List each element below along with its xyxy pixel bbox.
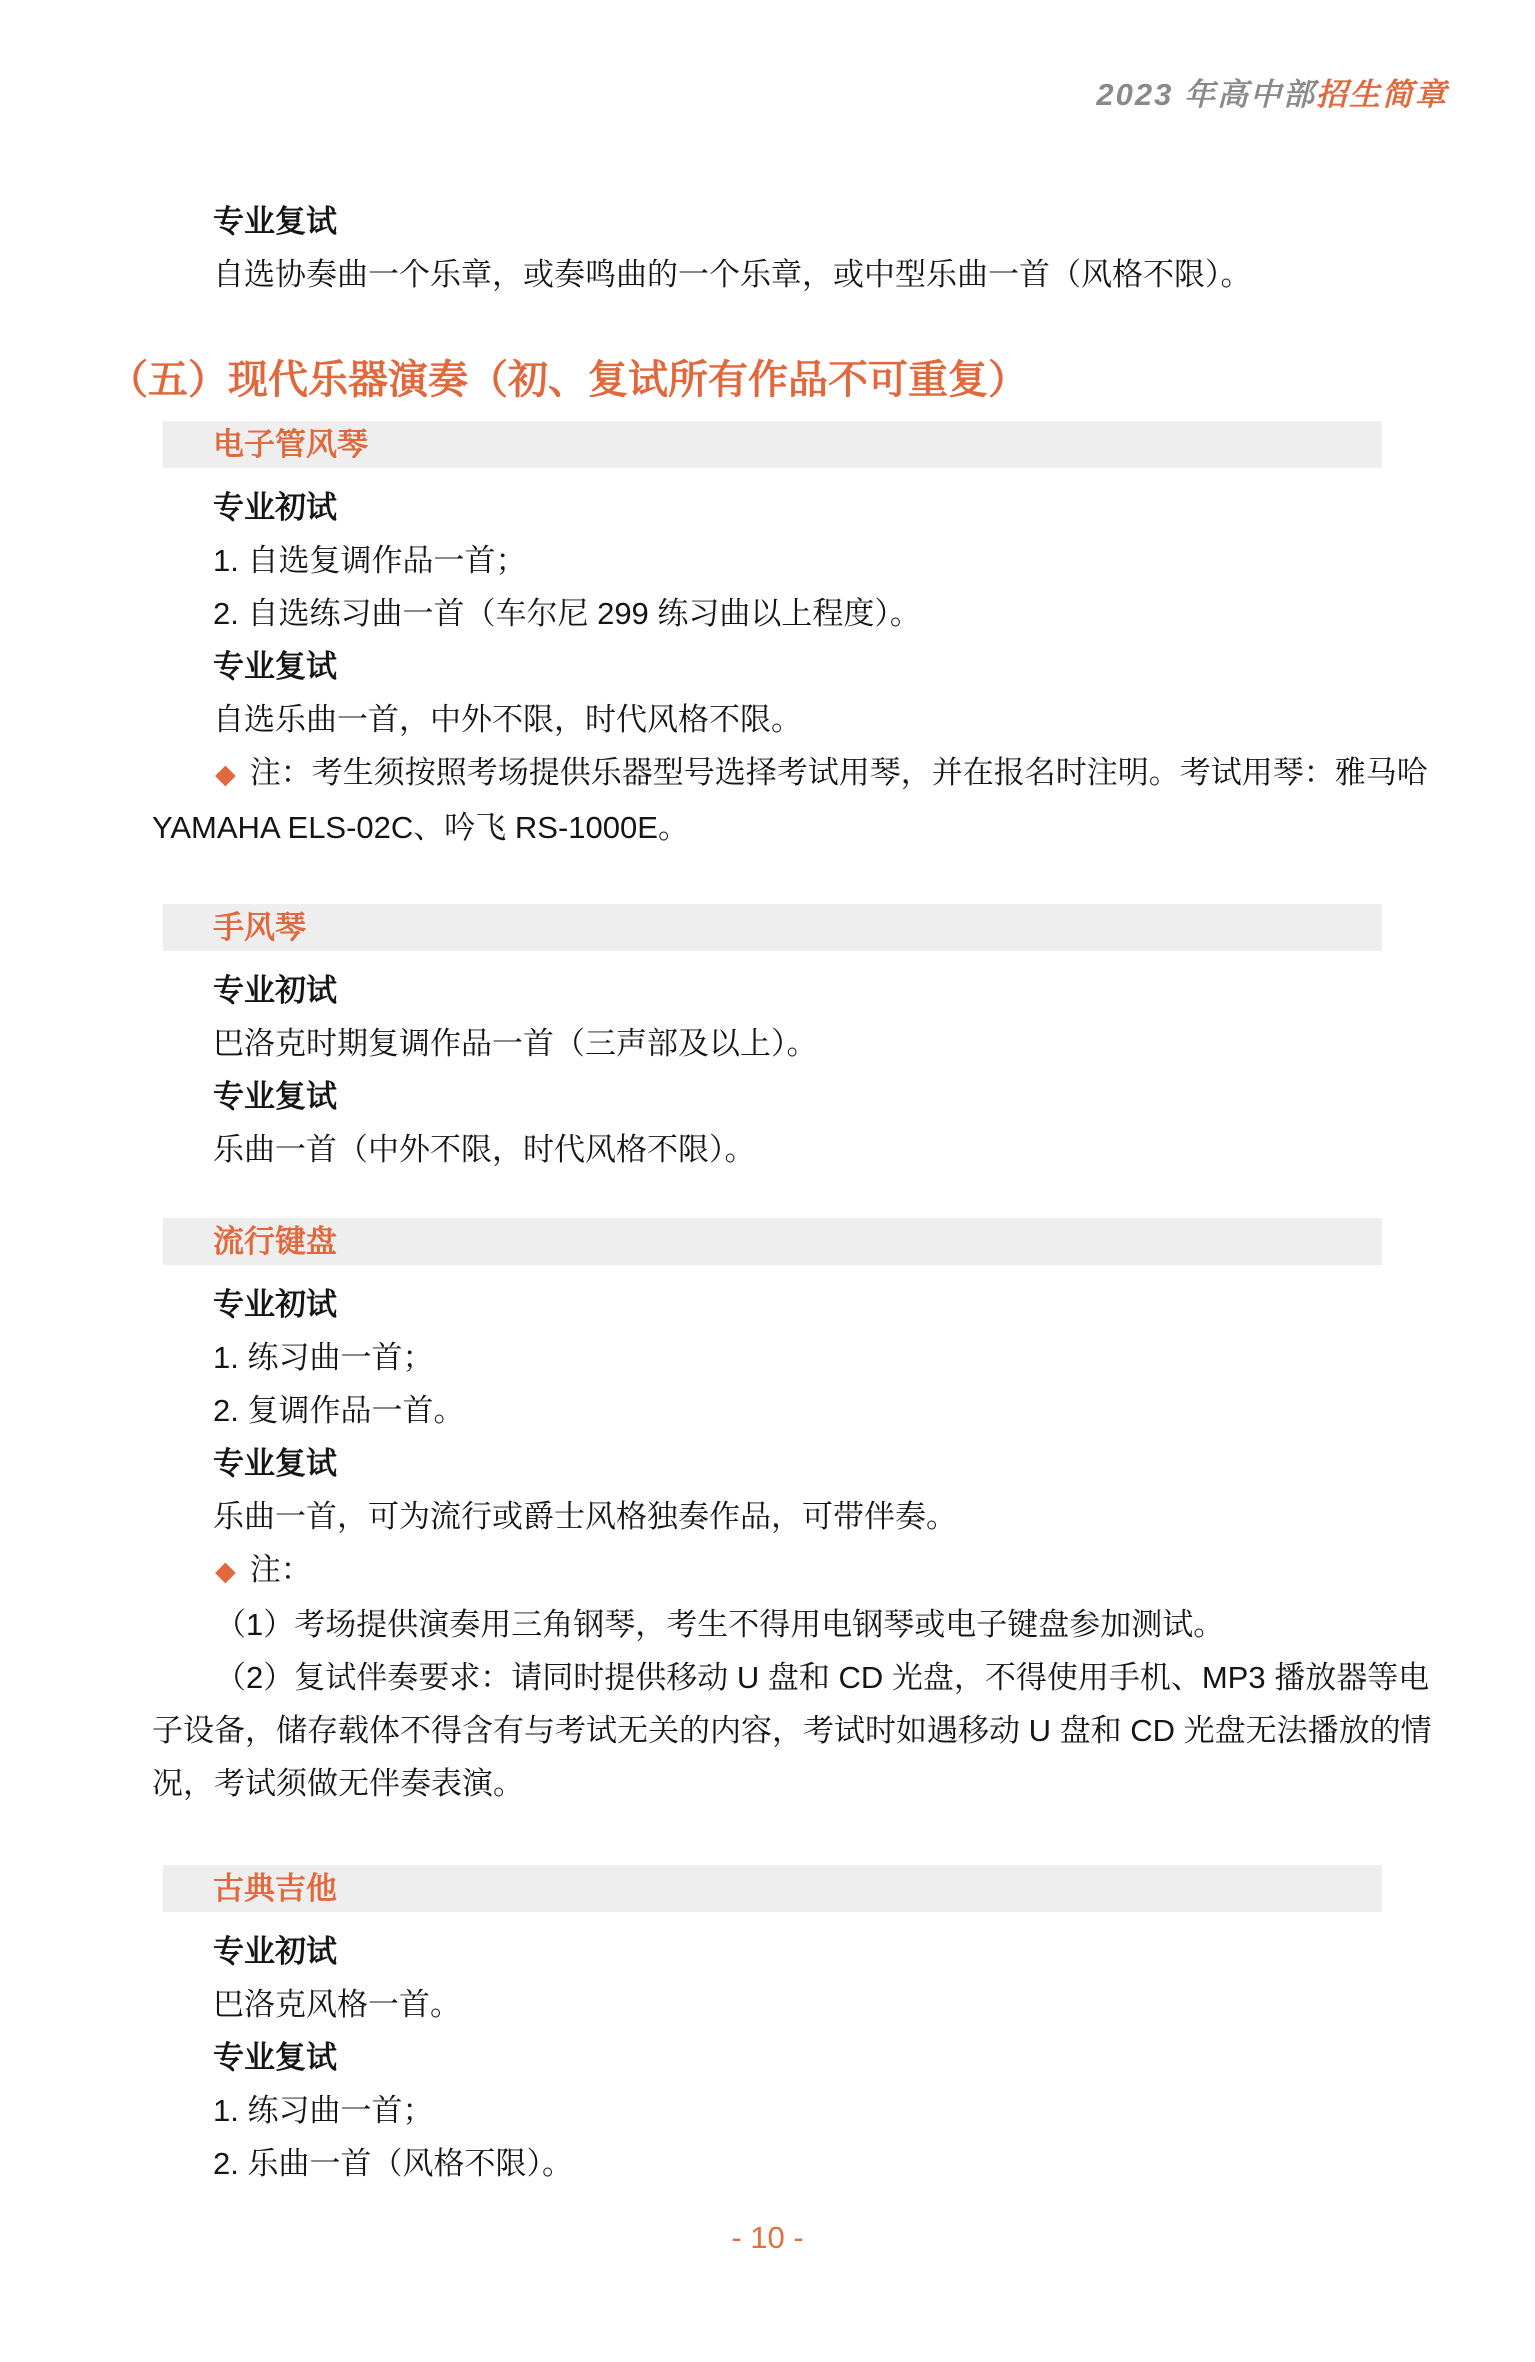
instrument-section-electronic-organ: 专业初试 1. 自选复调作品一首； 2. 自选练习曲一首（车尔尼 299 练习曲… [108, 468, 1438, 854]
requirement-line: 巴洛克风格一首。 [213, 1978, 1438, 2031]
instrument-band-electronic-organ: 电子管风琴 [163, 421, 1382, 468]
sub-heading: 专业初试 [213, 964, 1438, 1017]
sub-heading-retest: 专业复试 [213, 195, 1438, 248]
brochure-title-accent: 招生简章 [1316, 77, 1448, 112]
requirement-line: 乐曲一首（中外不限，时代风格不限）。 [213, 1123, 1438, 1176]
diamond-bullet-icon: ◆ [215, 759, 236, 789]
instrument-section-pop-keyboard: 专业初试 1. 练习曲一首； 2. 复调作品一首。 专业复试 乐曲一首，可为流行… [108, 1265, 1438, 1810]
sub-heading: 专业初试 [213, 1925, 1438, 1978]
sub-heading: 专业复试 [213, 640, 1438, 693]
requirement-line: 1. 自选复调作品一首； [213, 534, 1438, 587]
note-paragraph: ◆注：考生须按照考场提供乐器型号选择考试用琴，并在报名时注明。考试用琴：雅马哈 … [152, 746, 1438, 854]
sub-heading: 专业复试 [213, 1070, 1438, 1123]
note-text: 注：考生须按照考场提供乐器型号选择考试用琴，并在报名时注明。考试用琴：雅马哈 Y… [152, 755, 1428, 845]
requirement-line: 自选协奏曲一个乐章，或奏鸣曲的一个乐章，或中型乐曲一首（风格不限）。 [213, 248, 1438, 301]
requirement-line: 1. 练习曲一首； [213, 1331, 1438, 1384]
note-paragraph: （2）复试伴奏要求：请同时提供移动 U 盘和 CD 光盘，不得使用手机、MP3 … [152, 1651, 1438, 1810]
brochure-title-gray: 2023 年高中部 [1096, 77, 1316, 112]
requirement-line: 自选乐曲一首，中外不限，时代风格不限。 [213, 693, 1438, 746]
requirement-line: 1. 练习曲一首； [213, 2084, 1438, 2137]
instrument-band-classical-guitar: 古典吉他 [163, 1865, 1382, 1912]
instrument-section-accordion: 专业初试 巴洛克时期复调作品一首（三声部及以上）。 专业复试 乐曲一首（中外不限… [108, 951, 1438, 1176]
note-paragraph: ◆注： [152, 1543, 1438, 1598]
page-number: - 10 - [0, 2218, 1535, 2258]
note-text: 注： [250, 1552, 312, 1587]
sub-heading: 专业初试 [213, 1278, 1438, 1331]
sub-heading: 专业复试 [213, 2031, 1438, 2084]
note-paragraph: （1）考场提供演奏用三角钢琴，考生不得用电钢琴或电子键盘参加测试。 [152, 1598, 1438, 1651]
instrument-band-pop-keyboard: 流行键盘 [163, 1218, 1382, 1265]
requirement-line: 2. 复调作品一首。 [213, 1384, 1438, 1437]
sub-heading: 专业复试 [213, 1437, 1438, 1490]
diamond-bullet-icon: ◆ [215, 1556, 236, 1586]
requirement-line: 2. 乐曲一首（风格不限）。 [213, 2137, 1438, 2190]
sub-heading: 专业初试 [213, 481, 1438, 534]
requirement-line: 乐曲一首，可为流行或爵士风格独奏作品，可带伴奏。 [213, 1490, 1438, 1543]
page-header: 2023 年高中部招生简章 [0, 0, 1535, 115]
page-content: 专业复试 自选协奏曲一个乐章，或奏鸣曲的一个乐章，或中型乐曲一首（风格不限）。 … [0, 195, 1535, 2190]
requirement-line: 巴洛克时期复调作品一首（三声部及以上）。 [213, 1017, 1438, 1070]
section-heading: （五）现代乐器演奏（初、复试所有作品不可重复） [108, 356, 1438, 404]
requirement-line: 2. 自选练习曲一首（车尔尼 299 练习曲以上程度）。 [213, 587, 1438, 640]
instrument-band-accordion: 手风琴 [163, 904, 1382, 951]
instrument-section-classical-guitar: 专业初试 巴洛克风格一首。 专业复试 1. 练习曲一首； 2. 乐曲一首（风格不… [108, 1912, 1438, 2190]
